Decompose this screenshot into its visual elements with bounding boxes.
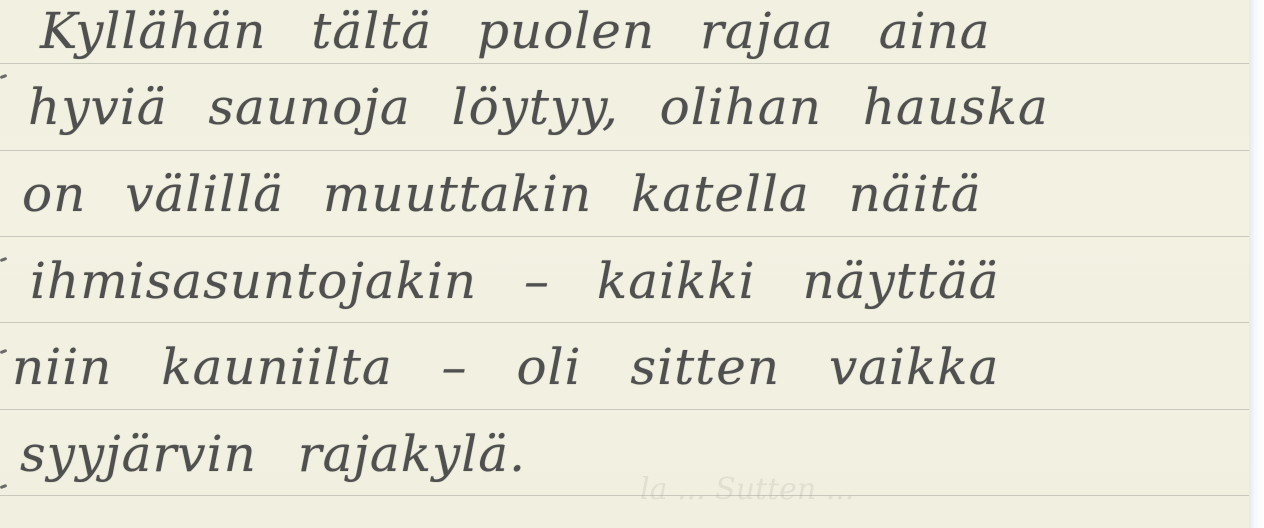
- bleed-through-text: la ... Sutten ...: [640, 472, 854, 507]
- margin-mark: [0, 349, 7, 354]
- ruled-line: [0, 322, 1249, 323]
- handwritten-line-3: on välillä muuttakin katella näitä: [22, 165, 982, 223]
- ruled-line: [0, 63, 1249, 64]
- handwritten-line-4: ihmisasuntojakin – kaikki näyttää: [30, 252, 1000, 310]
- page-edge: [1249, 0, 1264, 528]
- handwritten-line-2: hyviä saunoja löytyy, olihan hauska: [28, 78, 1049, 136]
- handwritten-line-5: niin kauniilta – oli sitten vaikka: [12, 338, 999, 396]
- handwritten-line-6: syyjärvin rajakylä.: [20, 425, 526, 483]
- handwritten-page: la ... Sutten ... Kyllähän tältä puolen …: [0, 0, 1249, 528]
- ruled-line: [0, 236, 1249, 237]
- ruled-line: [0, 495, 1249, 496]
- ruled-line: [0, 409, 1249, 410]
- handwritten-line-1: Kyllähän tältä puolen rajaa aina: [40, 2, 991, 60]
- ruled-line: [0, 150, 1249, 151]
- margin-mark: [0, 257, 7, 262]
- margin-mark: [0, 74, 7, 79]
- margin-mark: [0, 484, 7, 489]
